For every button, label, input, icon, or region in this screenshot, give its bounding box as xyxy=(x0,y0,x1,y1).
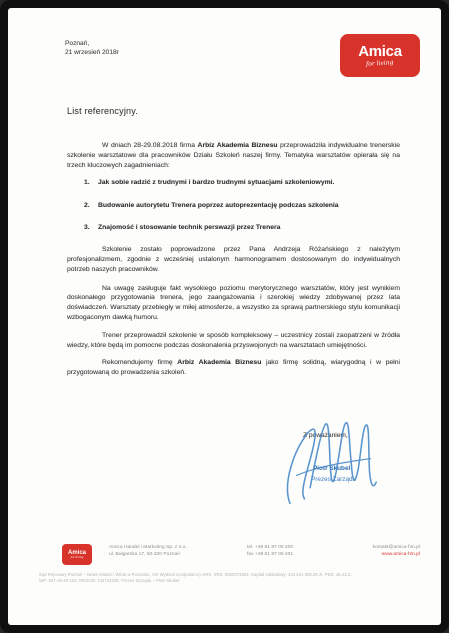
paragraph-1-bold: Arbiz Akademia Biznesu xyxy=(198,142,278,149)
paragraph-4: Trener przeprowadził szkolenie w sposób … xyxy=(67,331,400,351)
footer-website-link: www.amica-hm.pl xyxy=(373,551,420,558)
paragraph-5: Rekomendujemy firmę Arbiz Akademia Bizne… xyxy=(67,358,400,378)
amica-logo-text: Amica xyxy=(358,44,402,59)
footer-company-name: Amica Handel i Marketing Sp. z o.o. xyxy=(109,544,219,551)
list-item: 3. Znajomość i stosowanie technik perswa… xyxy=(67,223,400,233)
paragraph-2: Szkolenie zostało poprowadzone przez Pan… xyxy=(67,245,400,274)
footer-company-address: Amica Handel i Marketing Sp. z o.o. ul. … xyxy=(109,544,219,558)
amica-footer-logo-tagline: for living xyxy=(71,556,84,559)
list-item: 2. Budowanie autorytetu Trenera poprzez … xyxy=(67,201,400,211)
list-item-number: 2. xyxy=(84,201,98,211)
signer-name: Piotr Skubel xyxy=(313,465,433,472)
signer-title: Prezes Zarządu xyxy=(311,476,433,483)
letter-title: List referencyjny. xyxy=(67,106,138,116)
paragraph-3: Na uwagę zasługuje fakt wysokiego poziom… xyxy=(67,284,400,323)
list-item-number: 1. xyxy=(84,178,98,188)
paragraph-1: W dniach 28-29.08.2018 firma Arbiz Akade… xyxy=(67,141,400,170)
list-item-text: Znajomość i stosowanie technik perswazji… xyxy=(98,223,400,233)
list-item: 1. Jak sobie radzić z trudnymi i bardzo … xyxy=(67,178,400,188)
list-item-text: Budowanie autorytetu Trenera poprzez aut… xyxy=(98,201,400,211)
topics-list: 1. Jak sobie radzić z trudnymi i bardzo … xyxy=(67,178,400,232)
letter-body: W dniach 28-29.08.2018 firma Arbiz Akade… xyxy=(67,141,400,386)
footer-contact-block: kontakt@amica-hm.pl www.amica-hm.pl xyxy=(373,544,420,558)
handwritten-signature-icon xyxy=(281,416,393,508)
signature-block: Z poważaniem, Piotr Skubel Prezes Zarząd… xyxy=(303,432,433,483)
city-line: Poznań, xyxy=(65,39,119,48)
footer-email: kontakt@amica-hm.pl xyxy=(373,544,420,551)
closing-phrase: Z poważaniem, xyxy=(303,432,433,439)
footer-phone-block: tel. +48 61 87 09 200 fax +48 61 87 09 2… xyxy=(247,544,293,558)
amica-logo: Amica for living xyxy=(340,34,420,77)
footer: Amica for living Amica Handel i Marketin… xyxy=(62,544,420,565)
footer-fax: fax +48 61 87 09 201 xyxy=(247,551,293,558)
amica-logo-tagline: for living xyxy=(366,59,394,68)
paragraph-1-pre: W dniach 28-29.08.2018 firma xyxy=(102,142,198,149)
paragraph-5-bold: Arbiz Akademia Biznesu xyxy=(177,359,261,366)
date-block: Poznań, 21 wrzesień 2018r xyxy=(65,39,119,57)
footer-company-street: ul. Bułgarska 17, 60-320 Poznań xyxy=(109,551,219,558)
letter-page: Poznań, 21 wrzesień 2018r Amica for livi… xyxy=(8,8,441,625)
paragraph-5-pre: Rekomendujemy firmę xyxy=(102,359,177,366)
footer-tel: tel. +48 61 87 09 200 xyxy=(247,544,293,551)
amica-footer-logo: Amica for living xyxy=(62,544,92,565)
date-line: 21 wrzesień 2018r xyxy=(65,48,119,57)
list-item-text: Jak sobie radzić z trudnymi i bardzo tru… xyxy=(98,178,400,188)
footer-legal-text: Sąd Rejonowy Poznań – Nowe Miasto i Wild… xyxy=(39,572,424,583)
scanned-letter-frame: Poznań, 21 wrzesień 2018r Amica for livi… xyxy=(0,0,449,633)
footer-legal-line2: NIP: 527-26-40-162, REGON: 142742238, Pr… xyxy=(39,578,424,584)
list-item-number: 3. xyxy=(84,223,98,233)
